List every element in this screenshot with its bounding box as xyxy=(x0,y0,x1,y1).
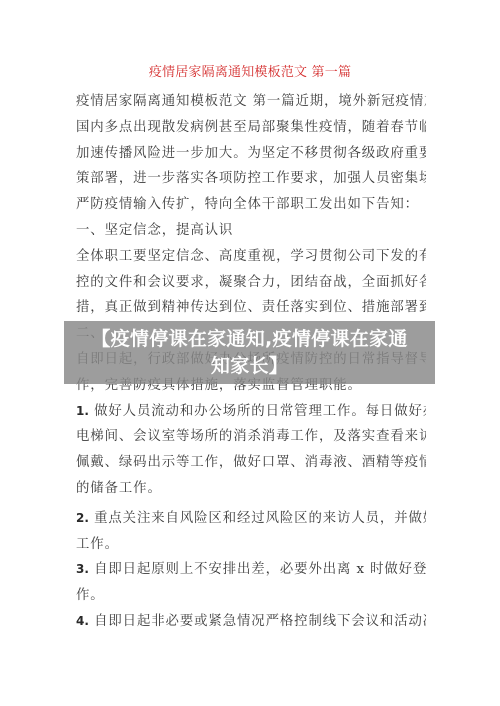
item-text: 重点关注来自风险区和经过风险区的来访人员，并做好登记备案 xyxy=(94,511,426,526)
numbered-item-2: 2. 重点关注来自风险区和经过风险区的来访人员，并做好登记备案 xyxy=(76,506,426,532)
item-text: 自即日起非必要或紧急情况严格控制线下会议和活动次数，倡导 xyxy=(94,614,426,629)
paragraph-line: 作。 xyxy=(76,583,426,609)
banner-line-1: 【疫情停课在家通知,疫情停课在家通 xyxy=(91,326,407,353)
item-number: 2. xyxy=(76,511,89,525)
item-number: 3. xyxy=(76,562,89,576)
paragraph-line: 国内多点出现散发病例甚至局部聚集性疫情，随着春节临近，疫情 xyxy=(76,115,426,141)
section-heading-1: 一、坚定信念，提高认识 xyxy=(76,218,426,244)
numbered-item-4: 4. 自即日起非必要或紧急情况严格控制线下会议和活动次数，倡导 xyxy=(76,609,426,635)
numbered-item-1: 1. 做好人员流动和办公场所的日常管理工作。每日做好办公区域、 xyxy=(76,399,426,425)
document-page: 疫情居家隔离通知模板范文 第一篇 疫情居家隔离通知模板范文 第一篇近期，境外新冠… xyxy=(0,0,500,706)
paragraph-line: 加速传播风险进一步加大。为坚定不移贯彻各级政府重要指示和决 xyxy=(76,141,426,167)
paragraph-line: 策部署，进一步落实各项防控工作要求，加强人员密集场所管控， xyxy=(76,166,426,192)
paragraph-line: 的储备工作。 xyxy=(76,476,426,502)
paragraph-line: 佩戴、绿码出示等工作，做好口罩、消毒液、酒精等疫情防控物资 xyxy=(76,450,426,476)
paragraph-line: 措，真正做到精神传达到位、责任落实到位、措施部署到位。 xyxy=(76,295,426,321)
paragraph-line: 电梯间、会议室等场所的消杀消毒工作，及落实查看来访人员口罩 xyxy=(76,424,426,450)
paragraph-line: 疫情居家隔离通知模板范文 第一篇近期，境外新冠疫情加速蔓延， xyxy=(76,89,426,115)
overlay-title-banner: 【疫情停课在家通知,疫情停课在家通 知家长】 xyxy=(64,321,435,384)
paragraph-line: 控的文件和会议要求，凝聚合力，团结奋战，全面抓好各项防控举 xyxy=(76,270,426,296)
numbered-item-3: 3. 自即日起原则上不安排出差，必要外出离 x 时做好登记备案工 xyxy=(76,557,426,583)
document-title: 疫情居家隔离通知模板范文 第一篇 xyxy=(0,64,500,82)
paragraph-line: 工作。 xyxy=(76,532,426,558)
banner-line-2: 知家长】 xyxy=(211,353,288,380)
paragraph-line: 全体职工要坚定信念、高度重视，学习贯彻公司下发的有关疫情防 xyxy=(76,244,426,270)
item-number: 1. xyxy=(76,404,89,418)
paragraph-line: 严防疫情输入传扩，特向全体干部职工发出如下告知： xyxy=(76,192,426,218)
item-text: 做好人员流动和办公场所的日常管理工作。每日做好办公区域、 xyxy=(94,404,426,419)
item-number: 4. xyxy=(76,614,89,628)
item-text: 自即日起原则上不安排出差，必要外出离 x 时做好登记备案工 xyxy=(94,562,426,577)
